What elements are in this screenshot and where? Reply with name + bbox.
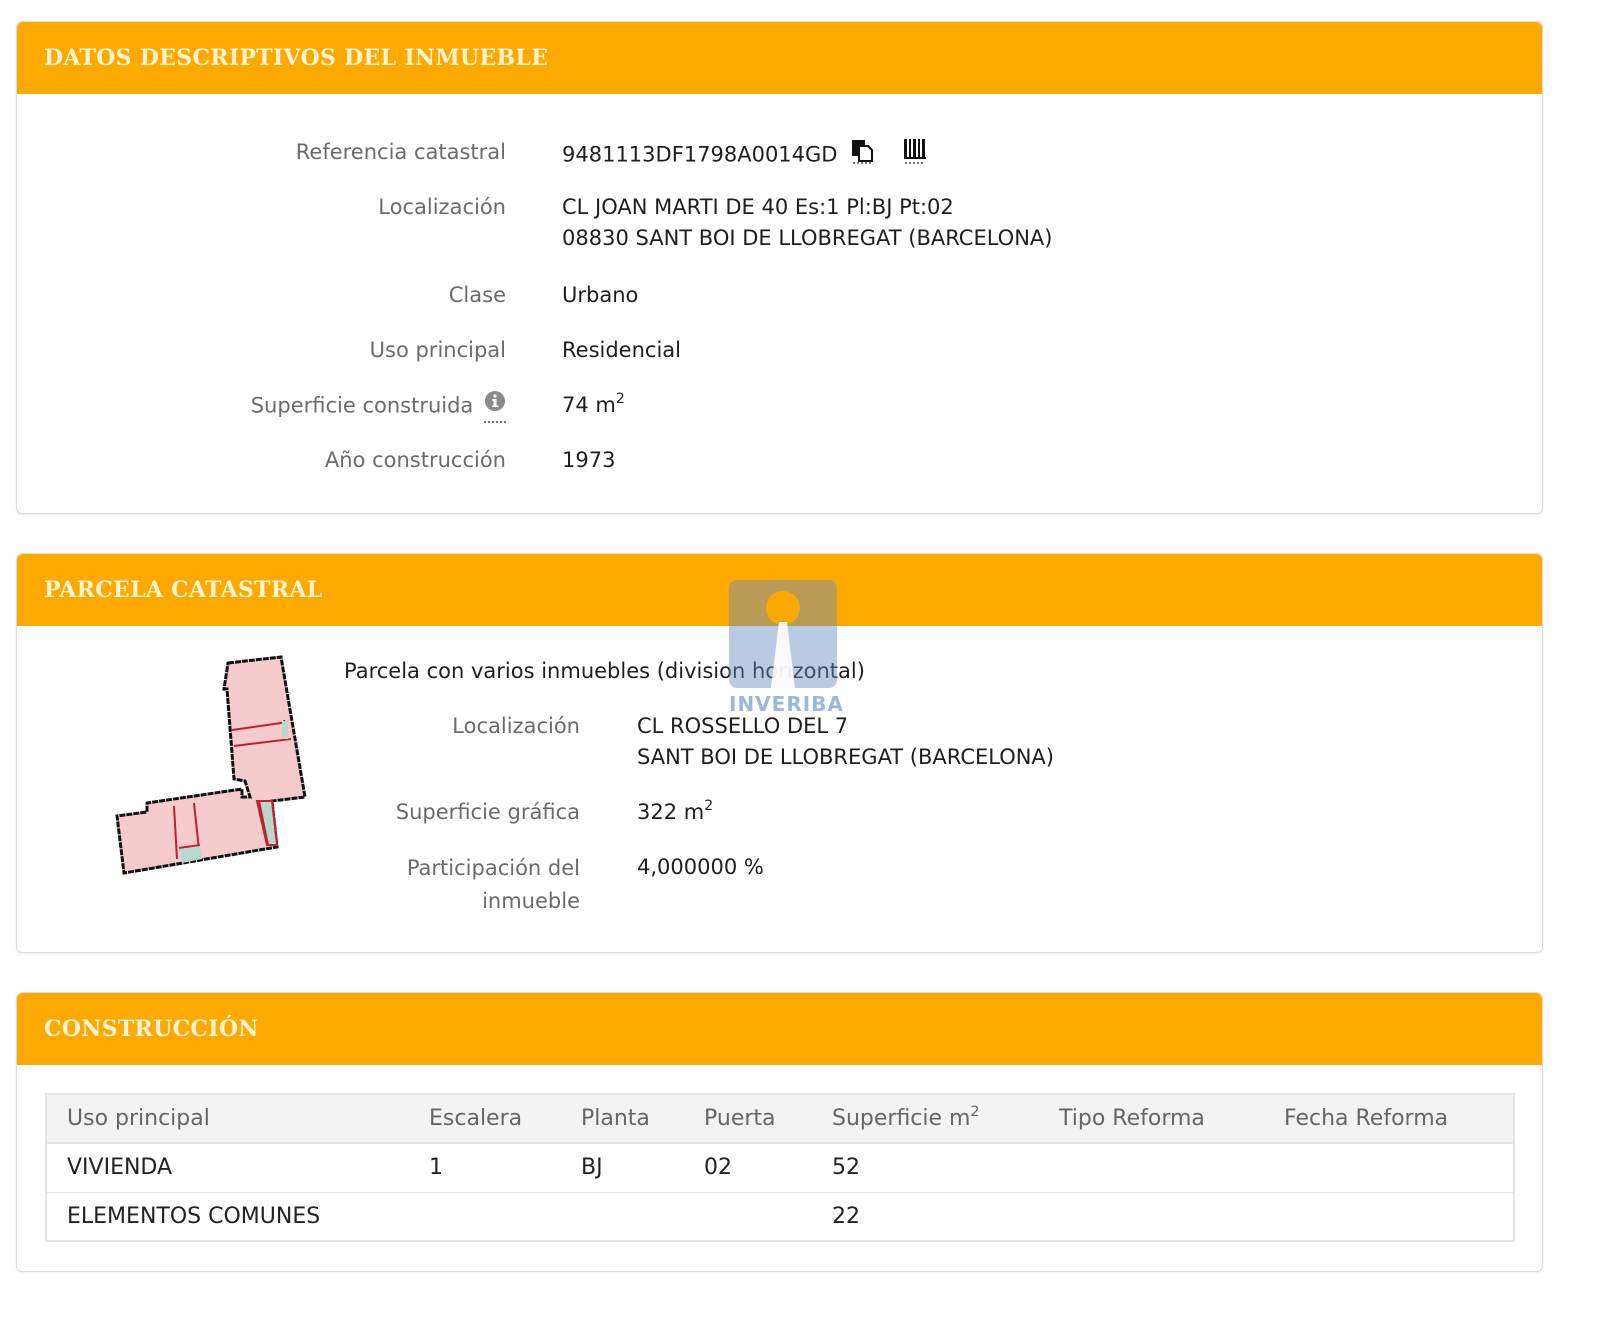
- referencia-value: 9481113DF1798A0014GD: [562, 137, 929, 174]
- parcela-catastral-header: PARCELA CATASTRAL: [17, 554, 1542, 626]
- superficie-construida-value: 74 m2: [562, 390, 625, 421]
- col-tipo-reforma: Tipo Reforma: [1039, 1094, 1264, 1143]
- col-puerta: Puerta: [684, 1094, 812, 1143]
- parcela-localizacion-label: Localización: [452, 711, 580, 742]
- participacion-label-line-2: inmueble: [407, 885, 580, 918]
- col-superficie-text: Superficie m: [832, 1106, 970, 1131]
- uso-principal-label: Uso principal: [370, 335, 506, 366]
- referencia-catastral: 9481113DF1798A0014GD: [562, 143, 837, 167]
- superficie-label-text: Superficie construida: [251, 394, 474, 418]
- cell-escalera: [409, 1192, 561, 1241]
- unit-superscript: 2: [970, 1104, 979, 1120]
- datos-descriptivos-header: DATOS DESCRIPTIVOS DEL INMUEBLE: [17, 22, 1542, 94]
- participacion-label: Participación del inmueble: [407, 852, 580, 918]
- info-icon[interactable]: [484, 390, 506, 423]
- cell-fecha-reforma: [1264, 1143, 1514, 1192]
- cell-superficie: 52: [812, 1143, 1039, 1192]
- col-escalera: Escalera: [409, 1094, 561, 1143]
- cell-fecha-reforma: [1264, 1192, 1514, 1241]
- barcode-icon[interactable]: [903, 137, 929, 174]
- cell-escalera: 1: [409, 1143, 561, 1192]
- cell-puerta: [684, 1192, 812, 1241]
- localizacion-label: Localización: [378, 192, 506, 223]
- section-title: PARCELA CATASTRAL: [44, 577, 323, 603]
- clase-value: Urbano: [562, 280, 638, 311]
- unit-superscript: 2: [704, 798, 713, 814]
- anio-construccion-value: 1973: [562, 445, 615, 476]
- participacion-value: 4,000000 %: [637, 852, 764, 883]
- cell-puerta: 02: [684, 1143, 812, 1192]
- parcel-map-thumbnail[interactable]: [112, 651, 312, 881]
- address-line-2: 08830 SANT BOI DE LLOBREGAT (BARCELONA): [562, 223, 1052, 254]
- participacion-label-line-1: Participación del: [407, 852, 580, 885]
- cell-tipo-reforma: [1039, 1143, 1264, 1192]
- col-superficie: Superficie m2: [812, 1094, 1039, 1143]
- superficie-construida-label: Superficie construida: [251, 390, 506, 423]
- table-row: ELEMENTOS COMUNES 22: [46, 1192, 1514, 1241]
- parcela-address-line-1: CL ROSSELLO DEL 7: [637, 711, 1054, 742]
- superficie-grafica-value: 322 m2: [637, 797, 713, 828]
- cell-tipo-reforma: [1039, 1192, 1264, 1241]
- localizacion-value: CL JOAN MARTI DE 40 Es:1 Pl:BJ Pt:02 088…: [562, 192, 1052, 254]
- cell-uso: ELEMENTOS COMUNES: [46, 1192, 409, 1241]
- uso-principal-value: Residencial: [562, 335, 681, 366]
- cell-uso: VIVIENDA: [46, 1143, 409, 1192]
- cell-planta: BJ: [561, 1143, 684, 1192]
- clase-label: Clase: [449, 280, 506, 311]
- construccion-table: Uso principal Escalera Planta Puerta Sup…: [45, 1093, 1515, 1242]
- superficie-number: 74 m: [562, 393, 616, 417]
- col-planta: Planta: [561, 1094, 684, 1143]
- table-header-row: Uso principal Escalera Planta Puerta Sup…: [46, 1094, 1514, 1143]
- parcela-address-line-2: SANT BOI DE LLOBREGAT (BARCELONA): [637, 742, 1054, 773]
- cell-superficie: 22: [812, 1192, 1039, 1241]
- construccion-card: CONSTRUCCIÓN Uso principal Escalera Plan…: [16, 992, 1543, 1272]
- copy-icon[interactable]: [850, 137, 874, 174]
- section-title: CONSTRUCCIÓN: [44, 1016, 259, 1042]
- construccion-header: CONSTRUCCIÓN: [17, 993, 1542, 1065]
- col-uso-principal: Uso principal: [46, 1094, 409, 1143]
- col-fecha-reforma: Fecha Reforma: [1264, 1094, 1514, 1143]
- table-row: VIVIENDA 1 BJ 02 52: [46, 1143, 1514, 1192]
- superficie-grafica-label: Superficie gráfica: [396, 797, 580, 828]
- section-title: DATOS DESCRIPTIVOS DEL INMUEBLE: [44, 45, 548, 71]
- address-line-1: CL JOAN MARTI DE 40 Es:1 Pl:BJ Pt:02: [562, 192, 1052, 223]
- parcela-catastral-card: PARCELA CATASTRAL Parcela con varios inm…: [16, 553, 1543, 953]
- unit-superscript: 2: [616, 391, 625, 407]
- description-text: Parcela con varios inmuebles (division h…: [344, 656, 865, 687]
- anio-construccion-label: Año construcción: [325, 445, 506, 476]
- superficie-grafica-number: 322 m: [637, 800, 704, 824]
- cell-planta: [561, 1192, 684, 1241]
- datos-descriptivos-card: DATOS DESCRIPTIVOS DEL INMUEBLE Referenc…: [16, 21, 1543, 514]
- referencia-label: Referencia catastral: [296, 137, 506, 168]
- parcela-localizacion-value: CL ROSSELLO DEL 7 SANT BOI DE LLOBREGAT …: [637, 711, 1054, 773]
